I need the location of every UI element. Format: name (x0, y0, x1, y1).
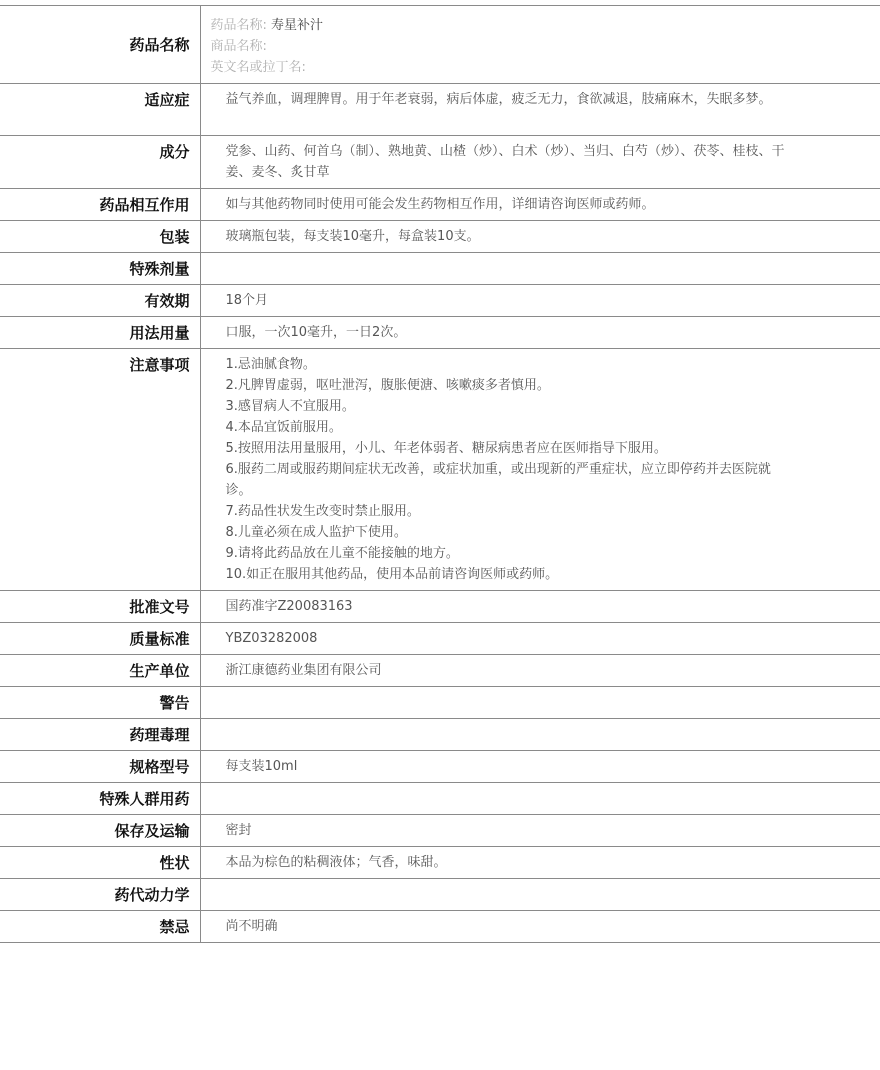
label-contraindications: 禁忌 (0, 911, 200, 943)
value-contraindications: 尚不明确 (200, 911, 880, 943)
generic-name-key: 药品名称: (211, 18, 267, 33)
value-ingredients: 党参、山药、何首乌（制）、熟地黄、山楂（炒）、白术（炒）、当归、白芍（炒）、茯苓… (200, 136, 880, 189)
value-packaging: 玻璃瓶包装，每支装10毫升，每盒装10支。 (200, 221, 880, 253)
row-storage: 保存及运输 密封 (0, 815, 880, 847)
row-manufacturer: 生产单位 浙江康德药业集团有限公司 (0, 655, 880, 687)
value-precautions: 1.忌油腻食物。 2.凡脾胃虚弱，呕吐泄泻，腹胀便溏、咳嗽痰多者慎用。 3.感冒… (200, 349, 880, 591)
precaution-item: 2.凡脾胃虚弱，呕吐泄泻，腹胀便溏、咳嗽痰多者慎用。 (226, 375, 791, 396)
row-special-dosage: 特殊剂量 (0, 253, 880, 285)
value-manufacturer: 浙江康德药业集团有限公司 (200, 655, 880, 687)
precaution-item: 10.如正在服用其他药品，使用本品前请咨询医师或药师。 (226, 564, 791, 585)
value-special-dosage (200, 253, 880, 285)
row-interactions: 药品相互作用 如与其他药物同时使用可能会发生药物相互作用，详细请咨询医师或药师。 (0, 189, 880, 221)
label-appearance: 性状 (0, 847, 200, 879)
label-special-dosage: 特殊剂量 (0, 253, 200, 285)
generic-name-line: 药品名称: 寿星补汁 (211, 15, 871, 36)
value-pharmacokinetics (200, 879, 880, 911)
precaution-item: 5.按照用法用量服用，小儿、年老体弱者、糖尿病患者应在医师指导下服用。 (226, 438, 791, 459)
label-approval-number: 批准文号 (0, 591, 200, 623)
label-quality-standard: 质量标准 (0, 623, 200, 655)
row-ingredients: 成分 党参、山药、何首乌（制）、熟地黄、山楂（炒）、白术（炒）、当归、白芍（炒）… (0, 136, 880, 189)
label-pharmacokinetics: 药代动力学 (0, 879, 200, 911)
precaution-item: 3.感冒病人不宜服用。 (226, 396, 791, 417)
row-precautions: 注意事项 1.忌油腻食物。 2.凡脾胃虚弱，呕吐泄泻，腹胀便溏、咳嗽痰多者慎用。… (0, 349, 880, 591)
row-specification: 规格型号 每支装10ml (0, 751, 880, 783)
drug-spec-table: 药品名称 药品名称: 寿星补汁 商品名称: 英文名或拉丁名: 适应症 益气养血，… (0, 5, 880, 943)
row-approval-number: 批准文号 国药准字Z20083163 (0, 591, 880, 623)
value-warning (200, 687, 880, 719)
row-pharmacology: 药理毒理 (0, 719, 880, 751)
value-specification: 每支装10ml (200, 751, 880, 783)
row-packaging: 包装 玻璃瓶包装，每支装10毫升，每盒装10支。 (0, 221, 880, 253)
value-shelf-life: 18个月 (200, 285, 880, 317)
row-quality-standard: 质量标准 YBZ03282008 (0, 623, 880, 655)
precaution-item: 8.儿童必须在成人监护下使用。 (226, 522, 791, 543)
label-pharmacology: 药理毒理 (0, 719, 200, 751)
row-indications: 适应症 益气养血，调理脾胃。用于年老衰弱，病后体虚，疲乏无力，食欲减退，肢痛麻木… (0, 84, 880, 136)
value-pharmacology (200, 719, 880, 751)
row-dosage: 用法用量 口服，一次10毫升，一日2次。 (0, 317, 880, 349)
value-interactions: 如与其他药物同时使用可能会发生药物相互作用，详细请咨询医师或药师。 (200, 189, 880, 221)
precaution-item: 1.忌油腻食物。 (226, 354, 791, 375)
row-pharmacokinetics: 药代动力学 (0, 879, 880, 911)
value-quality-standard: YBZ03282008 (200, 623, 880, 655)
english-name-key: 英文名或拉丁名: (211, 60, 306, 75)
row-drug-name: 药品名称 药品名称: 寿星补汁 商品名称: 英文名或拉丁名: (0, 6, 880, 84)
precaution-item: 9.请将此药品放在儿童不能接触的地方。 (226, 543, 791, 564)
label-interactions: 药品相互作用 (0, 189, 200, 221)
label-packaging: 包装 (0, 221, 200, 253)
label-manufacturer: 生产单位 (0, 655, 200, 687)
value-appearance: 本品为棕色的粘稠液体；气香，味甜。 (200, 847, 880, 879)
row-warning: 警告 (0, 687, 880, 719)
label-indications: 适应症 (0, 84, 200, 136)
label-drug-name: 药品名称 (0, 6, 200, 84)
label-shelf-life: 有效期 (0, 285, 200, 317)
precaution-item: 7.药品性状发生改变时禁止服用。 (226, 501, 791, 522)
row-contraindications: 禁忌 尚不明确 (0, 911, 880, 943)
label-dosage: 用法用量 (0, 317, 200, 349)
value-storage: 密封 (200, 815, 880, 847)
precaution-item: 4.本品宜饭前服用。 (226, 417, 791, 438)
value-drug-name: 药品名称: 寿星补汁 商品名称: 英文名或拉丁名: (200, 6, 880, 84)
row-appearance: 性状 本品为棕色的粘稠液体；气香，味甜。 (0, 847, 880, 879)
label-special-populations: 特殊人群用药 (0, 783, 200, 815)
value-special-populations (200, 783, 880, 815)
label-precautions: 注意事项 (0, 349, 200, 591)
label-specification: 规格型号 (0, 751, 200, 783)
english-name-line: 英文名或拉丁名: (211, 57, 871, 78)
label-storage: 保存及运输 (0, 815, 200, 847)
row-shelf-life: 有效期 18个月 (0, 285, 880, 317)
trade-name-line: 商品名称: (211, 36, 871, 57)
row-special-populations: 特殊人群用药 (0, 783, 880, 815)
trade-name-key: 商品名称: (211, 39, 267, 54)
value-dosage: 口服，一次10毫升，一日2次。 (200, 317, 880, 349)
label-warning: 警告 (0, 687, 200, 719)
precaution-item: 6.服药二周或服药期间症状无改善，或症状加重，或出现新的严重症状，应立即停药并去… (226, 459, 791, 501)
generic-name-value: 寿星补汁 (271, 18, 323, 33)
label-ingredients: 成分 (0, 136, 200, 189)
value-indications: 益气养血，调理脾胃。用于年老衰弱，病后体虚，疲乏无力，食欲减退，肢痛麻木，失眠多… (200, 84, 880, 136)
value-approval-number: 国药准字Z20083163 (200, 591, 880, 623)
